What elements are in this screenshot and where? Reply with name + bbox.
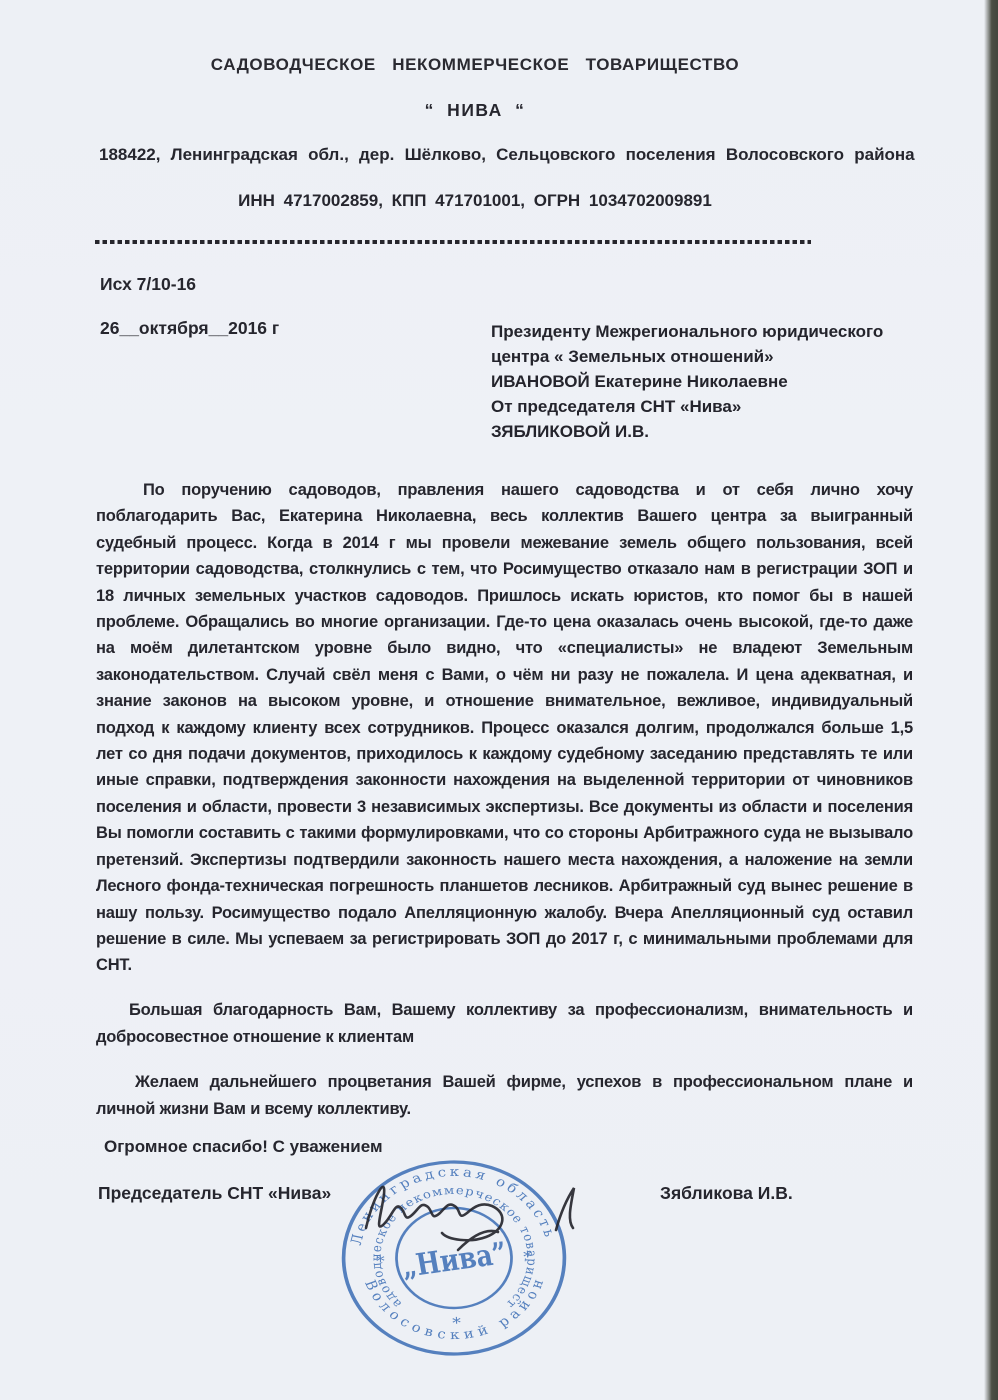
org-name-line: “ НИВА “ (0, 100, 950, 121)
date-line: 26__октября__2016 г (100, 318, 279, 339)
body-paragraph-3: Желаем дальнейшего процветания Вашей фир… (96, 1069, 913, 1123)
signature-svg (340, 1158, 600, 1288)
stamp-separator-star-bottom: * (452, 1314, 461, 1332)
recipient-line: ИВАНОВОЙ Екатерине Николаевне (491, 369, 883, 394)
recipient-block: Президенту Межрегионального юридического… (491, 319, 883, 444)
signer-title: Председатель СНТ «Нива» (98, 1183, 331, 1204)
org-address-line: 188422, Ленинградская обл., дер. Шёлково… (99, 145, 899, 165)
org-type-line: САДОВОДЧЕСКОЕ НЕКОММЕРЧЕСКОЕ ТОВАРИЩЕСТВ… (0, 55, 950, 75)
recipient-line: ЗЯБЛИКОВОЙ И.В. (491, 419, 883, 444)
org-requisites-line: ИНН 4717002859, КПП 471701001, ОГРН 1034… (0, 191, 950, 211)
outgoing-ref: Исх 7/10-16 (100, 274, 196, 295)
recipient-line: центра « Земельных отношений» (491, 344, 883, 369)
recipient-line: Президенту Межрегионального юридического (491, 319, 883, 344)
handwritten-signature (340, 1158, 600, 1288)
body-paragraph-2: Большая благодарность Вам, Вашему коллек… (96, 997, 913, 1051)
body-paragraph-1: По поручению садоводов, правления нашего… (96, 477, 913, 979)
signer-name: Зябликова И.В. (660, 1183, 793, 1204)
recipient-line: От председателя СНТ «Нива» (491, 394, 883, 419)
signature-stroke-flourish (556, 1188, 574, 1230)
scan-edge-shadow (984, 0, 998, 1400)
dashed-divider-rule (95, 240, 811, 244)
letter-page: САДОВОДЧЕСКОЕ НЕКОММЕРЧЕСКОЕ ТОВАРИЩЕСТВ… (0, 0, 998, 1400)
thanks-line: Огромное спасибо! С уважением (104, 1137, 383, 1157)
